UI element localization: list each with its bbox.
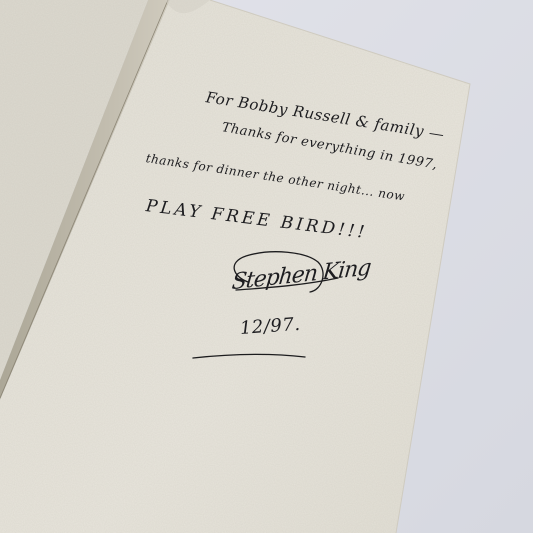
photo-scene: For Bobby Russell & family — Thanks for …: [0, 0, 533, 533]
inscription-date: 12/97.: [239, 314, 301, 339]
